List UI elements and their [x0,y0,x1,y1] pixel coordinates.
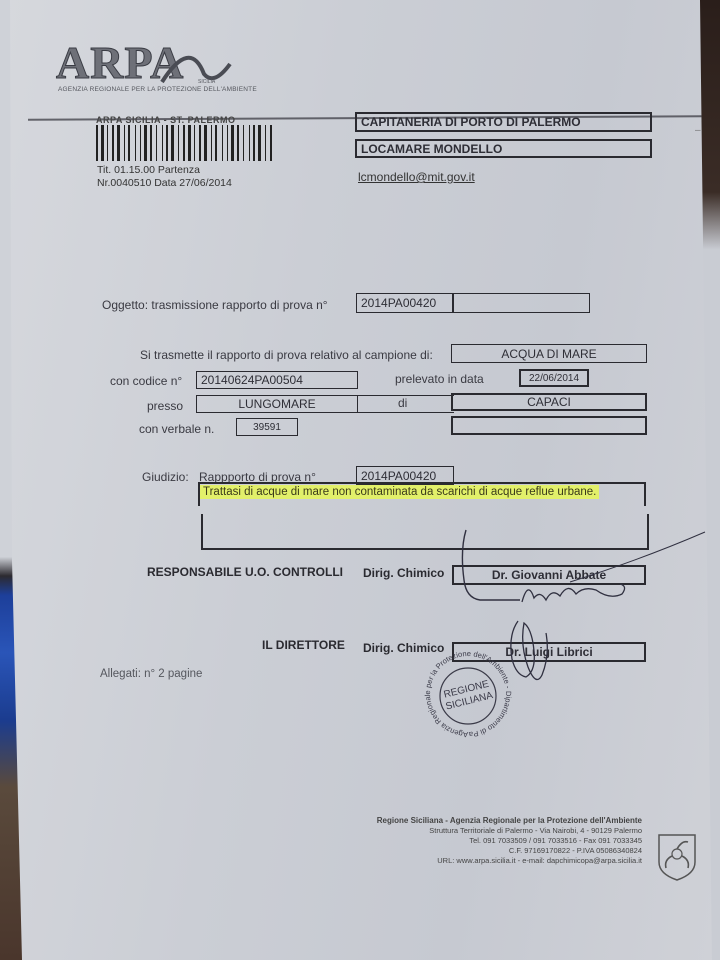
protocol-title: Tit. 01.15.00 Partenza [97,164,232,177]
agency-name: AGENZIA REGIONALE PER LA PROTEZIONE DELL… [58,86,257,93]
document-page: ARPA SICILIA AGENZIA REGIONALE PER LA PR… [0,0,712,960]
judgement-text: Trattasi di acque di mare non contaminat… [200,485,599,499]
subject-report-number: 2014PA00420 [356,293,454,313]
report-label: con verbale n. [139,422,214,436]
sample-intro: Si trasmette il rapporto di prova relati… [140,348,433,362]
footer-line-3: Tel. 091 7033509 / 091 7033516 - Fax 091… [377,836,642,846]
signatory-1-title: Dirig. Chimico [363,566,444,580]
footer-line-1: Regione Siciliana - Agenzia Regionale pe… [377,816,642,826]
signatory-2-role: IL DIRETTORE [262,638,345,652]
sicily-emblem-icon [656,832,698,882]
date-label: prelevato in data [395,372,484,386]
attachments: Allegati: n° 2 pagine [100,668,202,680]
footer-line-5: URL: www.arpa.sicilia.it - e-mail: dapch… [377,856,642,866]
footer-line-2: Struttura Territoriale di Palermo - Via … [377,826,642,836]
report-number: 39591 [236,418,298,436]
sample-type: ACQUA DI MARE [451,344,647,363]
signature-abbate [450,520,710,620]
logo-region: SICILIA [198,79,215,85]
subject-extra-box [452,293,590,313]
sample-date: 22/06/2014 [519,369,589,387]
judgement-label: Giudizio: [142,470,189,484]
sample-code: 20140624PA00504 [196,371,358,389]
official-stamp: Agenzia Regionale per la Protezione dell… [412,650,524,740]
pencil-mark: – [695,125,701,136]
barcode-header: ARPA SICILIA - ST. PALERMO [96,115,236,125]
logo-swoosh-icon [160,44,232,86]
sample-location: LUNGOMARE [196,395,358,413]
signatory-1-role: RESPONSABILE U.O. CONTROLLI [147,565,343,579]
protocol-info: Tit. 01.15.00 Partenza Nr.0040510 Data 2… [97,164,232,190]
protocol-number: Nr.0040510 Data 27/06/2014 [97,177,232,190]
recipient-line-1: CAPITANERIA DI PORTO DI PALERMO [355,112,652,132]
code-label: con codice n° [110,374,182,388]
footer-address: Regione Siciliana - Agenzia Regionale pe… [377,816,642,866]
footer-line-4: C.F. 97169170822 - P.IVA 05086340824 [377,846,642,856]
sample-town: CAPACI [451,393,647,411]
judgement-box: Trattasi di acque di mare non contaminat… [198,482,646,506]
extra-field-box [451,416,647,435]
of-label: di [398,396,407,410]
recipient-line-2: LOCAMARE MONDELLO [355,139,652,158]
recipient-email[interactable]: lcmondello@mit.gov.it [358,170,475,184]
location-label: presso [147,399,183,413]
subject-label: Oggetto: trasmissione rapporto di prova … [102,298,328,312]
barcode [96,125,274,161]
